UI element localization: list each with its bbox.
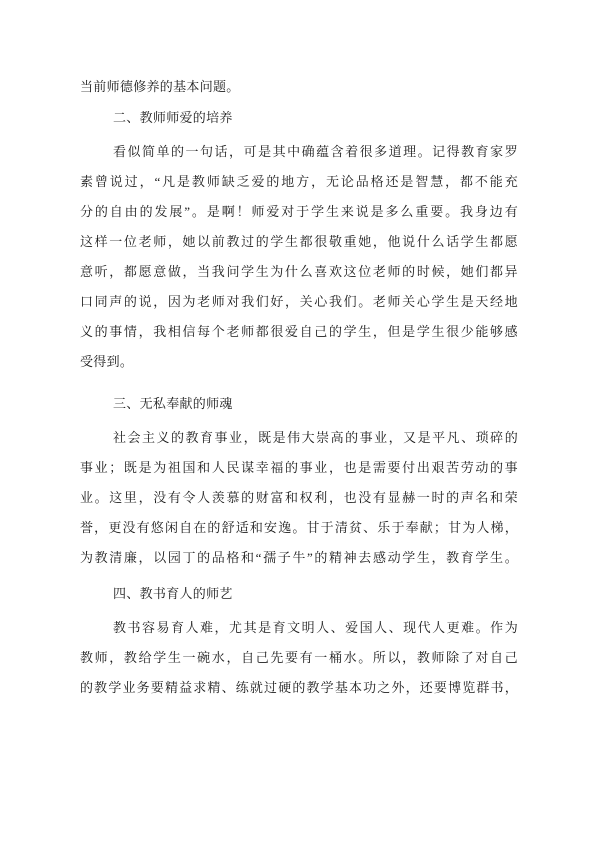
text-line: 看似简单的一句话，可是其中确蕴含着很多道理。记得教育家罗 xyxy=(80,137,518,167)
paragraph-teaching-art: 教书容易育人难，尤其是育文明人、爱国人、现代人更难。作为教师，教给学生一碗水，自… xyxy=(80,613,518,703)
text-line: 教师，教给学生一碗水，自己先要有一桶水。所以，教师除了对自己 xyxy=(80,643,518,673)
document-content: 当前师德修养的基本问题。二、教师师爱的培养看似简单的一句话，可是其中确蕴含着很多… xyxy=(80,72,518,703)
paragraph-teacher-love: 看似简单的一句话，可是其中确蕴含着很多道理。记得教育家罗素曾说过，“凡是教师缺乏… xyxy=(80,137,518,377)
text-line: 意听，都愿意做，当我问学生为什么喜欢这位老师的时候，她们都异 xyxy=(80,257,518,287)
text-line: 义的事情，我相信每个老师都很爱自己的学生，但是学生很少能够感 xyxy=(80,317,518,347)
text-line: 当前师德修养的基本问题。 xyxy=(80,72,518,102)
text-line: 业。这里，没有令人羡慕的财富和权利，也没有显赫一时的声名和荣 xyxy=(80,483,518,513)
text-line: 受得到。 xyxy=(80,347,518,377)
text-line: 素曾说过，“凡是教师缺乏爱的地方，无论品格还是智慧，都不能充 xyxy=(80,167,518,197)
heading-section-3: 三、无私奉献的师魂 xyxy=(80,389,518,419)
text-line: 誉，更没有悠闲自在的舒适和安逸。甘于清贫、乐于奉献；甘为人梯， xyxy=(80,513,518,543)
text-line: 口同声的说，因为老师对我们好，关心我们。老师关心学生是天经地 xyxy=(80,287,518,317)
text-line: 为教清廉，以园丁的品格和“孺子牛”的精神去感动学生，教育学生。 xyxy=(80,543,518,573)
text-line: 事业；既是为祖国和人民谋幸福的事业，也是需要付出艰苦劳动的事 xyxy=(80,453,518,483)
heading-line: 四、教书育人的师艺 xyxy=(80,579,518,609)
text-line: 这样一位老师，她以前教过的学生都很敬重她，他说什么话学生都愿 xyxy=(80,227,518,257)
paragraph-continuation: 当前师德修养的基本问题。 xyxy=(80,72,518,102)
text-line: 的教学业务要精益求精、练就过硬的教学基本功之外，还要博览群书， xyxy=(80,673,518,703)
heading-line: 三、无私奉献的师魂 xyxy=(80,389,518,419)
heading-section-4: 四、教书育人的师艺 xyxy=(80,579,518,609)
text-line: 教书容易育人难，尤其是育文明人、爱国人、现代人更难。作为 xyxy=(80,613,518,643)
text-line: 分的自由的发展”。是啊！师爱对于学生来说是多么重要。我身边有 xyxy=(80,197,518,227)
paragraph-selfless-dedication: 社会主义的教育事业，既是伟大崇高的事业，又是平凡、琐碎的事业；既是为祖国和人民谋… xyxy=(80,423,518,573)
document-page: 当前师德修养的基本问题。二、教师师爱的培养看似简单的一句话，可是其中确蕴含着很多… xyxy=(0,0,595,842)
heading-section-2: 二、教师师爱的培养 xyxy=(80,103,518,133)
text-line: 社会主义的教育事业，既是伟大崇高的事业，又是平凡、琐碎的 xyxy=(80,423,518,453)
heading-line: 二、教师师爱的培养 xyxy=(80,103,518,133)
